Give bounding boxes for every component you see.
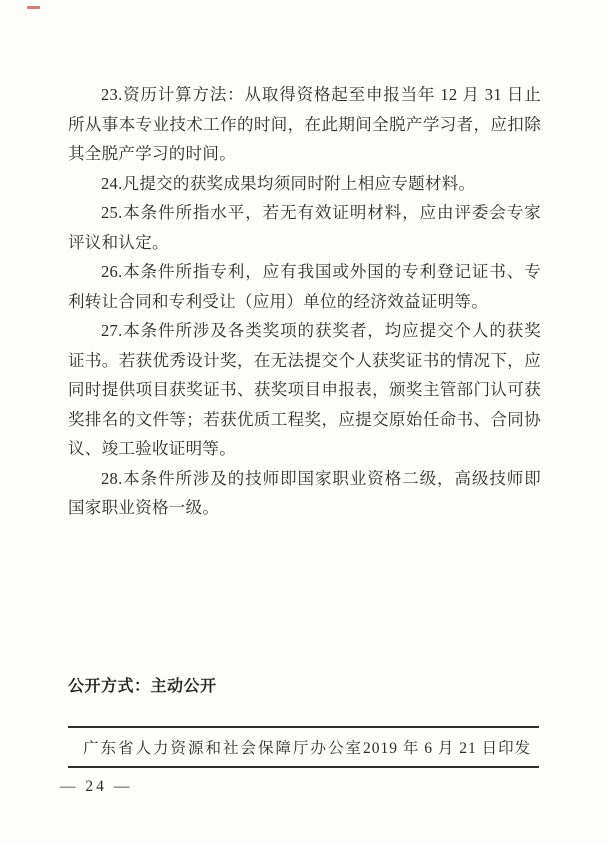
paragraph-item-27: 27.本条件所涉及各类奖项的获奖者，均应提交个人的获奖证书。若获优秀设计奖，在无…: [68, 316, 541, 464]
page-number: — 24 —: [60, 778, 132, 796]
print-date-label: 2019 年 6 月 21 日印发: [363, 736, 531, 758]
scanned-document-page: 23.资历计算方法：从取得资格起至申报当年 12 月 31 日止所从事本专业技术…: [0, 0, 609, 843]
paragraph-item-28: 28.本条件所涉及的技师即国家职业资格二级，高级技师即国家职业资格一级。: [68, 464, 541, 523]
colophon-strip: 广东省人力资源和社会保障厅办公室 2019 年 6 月 21 日印发: [68, 726, 539, 768]
paragraph-item-23: 23.资历计算方法：从取得资格起至申报当年 12 月 31 日止所从事本专业技术…: [68, 80, 541, 169]
document-body: 23.资历计算方法：从取得资格起至申报当年 12 月 31 日止所从事本专业技术…: [68, 80, 541, 523]
issuing-office-label: 广东省人力资源和社会保障厅办公室: [83, 736, 363, 758]
paragraph-item-25: 25.本条件所指水平，若无有效证明材料，应由评委会专家评议和认定。: [68, 198, 541, 257]
red-corner-scan-mark: [27, 6, 40, 9]
disclosure-method-label: 公开方式：主动公开: [68, 673, 217, 696]
paragraph-item-24: 24.凡提交的获奖成果均须同时附上相应专题材料。: [68, 169, 541, 199]
paragraph-item-26: 26.本条件所指专利，应有我国或外国的专利登记证书、专利转让合同和专利受让（应用…: [68, 257, 541, 316]
